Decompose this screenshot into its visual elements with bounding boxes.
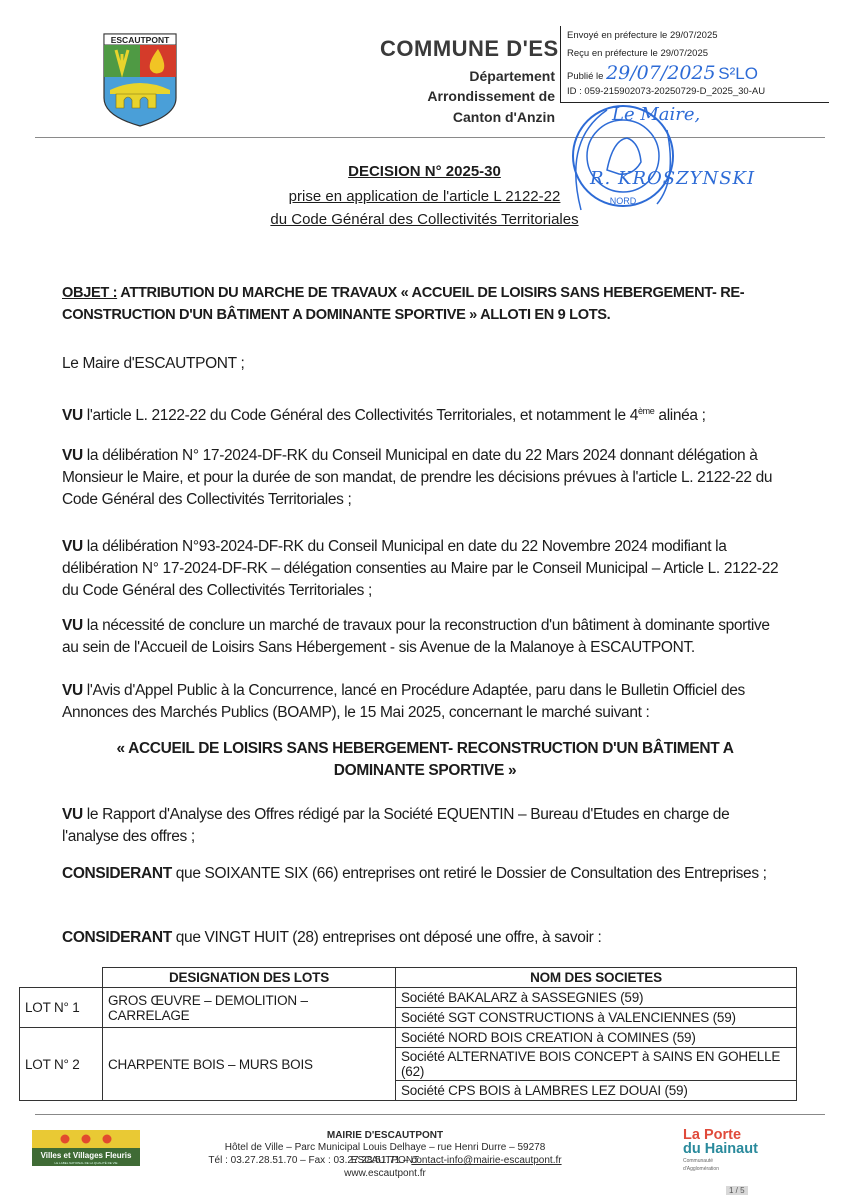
stamp-id: ID : 059-215902073-20250729-D_2025_30-AU (567, 86, 765, 97)
stamp-publie-label: Publié le (567, 71, 603, 82)
header-blank (20, 968, 103, 988)
footer-mairie-name: MAIRIE D'ESCAUTPONT (190, 1130, 580, 1143)
villes-villages-fleuris-logo: Villes et Villages Fleuris LE LABEL NATI… (32, 1130, 140, 1166)
arrondissement-label: Arrondissement de (427, 88, 555, 104)
table-row: LOT N° 2 CHARPENTE BOIS – MURS BOIS Soci… (20, 1028, 797, 1048)
objet-text: ATTRIBUTION DU MARCHE DE TRAVAUX « ACCUE… (62, 285, 744, 323)
la-porte-du-hainaut-logo: La Porte du Hainaut Communauté d'Agglomé… (683, 1128, 758, 1172)
vu-article-paragraph: VU l'article L. 2122-22 du Code Général … (62, 400, 784, 427)
objet-paragraph: OBJET : ATTRIBUTION DU MARCHE DE TRAVAUX… (62, 282, 784, 326)
svg-text:Villes et Villages Fleuris: Villes et Villages Fleuris (41, 1151, 132, 1160)
stamp-envoye: Envoyé en préfecture le 29/07/2025 (567, 30, 718, 41)
objet-label: OBJET : (62, 285, 117, 301)
maire-line: Le Maire d'ESCAUTPONT ; (62, 353, 784, 375)
commune-title: COMMUNE D'ES (380, 36, 559, 62)
societe-cell: Société NORD BOIS CREATION à COMINES (59… (396, 1028, 797, 1048)
stamp-publie: Publié le 29/07/2025 S²LO (567, 62, 758, 84)
decision-subtitle-2: du Code Général des Collectivités Territ… (0, 211, 849, 228)
societe-cell: Société ALTERNATIVE BOIS CONCEPT à SAINS… (396, 1048, 797, 1081)
canton-label: Canton d'Anzin (453, 109, 555, 125)
header-divider (35, 137, 825, 138)
s2lo-mark: S²LO (718, 64, 758, 83)
footer-email-link[interactable]: contact-info@mairie-escautpont.fr (411, 1155, 561, 1166)
signature-le-maire: Le Maire, (612, 104, 700, 125)
svg-text:ESCAUTPONT: ESCAUTPONT (111, 35, 170, 45)
lot-number: LOT N° 1 (20, 988, 103, 1028)
svg-text:LE LABEL NATIONAL DE LA QUALIT: LE LABEL NATIONAL DE LA QUALITÉ DE VIE (55, 1160, 118, 1165)
decision-subtitle-1: prise en application de l'article L 2122… (0, 188, 849, 205)
lot-designation: CHARPENTE BOIS – MURS BOIS (103, 1028, 396, 1101)
table-header-row: DESIGNATION DES LOTS NOM DES SOCIETES (20, 968, 797, 988)
header-societes: NOM DES SOCIETES (396, 968, 797, 988)
lot-designation: GROS ŒUVRE – DEMOLITION – CARRELAGE (103, 988, 396, 1028)
table-row: LOT N° 1 GROS ŒUVRE – DEMOLITION – CARRE… (20, 988, 797, 1008)
considerant-retrait-paragraph: CONSIDERANT que SOIXANTE SIX (66) entrep… (62, 863, 784, 885)
vu-deliberation-17-paragraph: VU la délibération N° 17-2024-DF-RK du C… (62, 445, 784, 511)
stamp-recu: Reçu en préfecture le 29/07/2025 (567, 48, 708, 59)
societe-cell: Société SGT CONSTRUCTIONS à VALENCIENNES… (396, 1008, 797, 1028)
societe-cell: Société CPS BOIS à LAMBRES LEZ DOUAI (59… (396, 1081, 797, 1101)
departement-label: Département (469, 68, 555, 84)
vu-avis-paragraph: VU l'Avis d'Appel Public à la Concurrenc… (62, 680, 784, 724)
header-designation: DESIGNATION DES LOTS (103, 968, 396, 988)
marche-title: « ACCUEIL DE LOISIRS SANS HEBERGEMENT- R… (90, 738, 760, 782)
lots-table: DESIGNATION DES LOTS NOM DES SOCIETES LO… (19, 967, 797, 1101)
page-number: 1 / 5 (726, 1186, 748, 1195)
footer-divider (35, 1114, 825, 1115)
decision-title: DECISION N° 2025-30 (0, 163, 849, 180)
considerant-offres-paragraph: CONSIDERANT que VINGT HUIT (28) entrepri… (62, 927, 784, 949)
vu-necessite-paragraph: VU la nécessité de conclure un marché de… (62, 615, 784, 659)
footer-contact: Tél : 03.27.28.51.70 – Fax : 03.27.28.51… (190, 1155, 580, 1168)
stamp-publie-date: 29/07/2025 (606, 62, 716, 84)
footer-website[interactable]: www.escautpont.fr (190, 1168, 580, 1181)
prefecture-stamp: Envoyé en préfecture le 29/07/2025 Reçu … (560, 26, 829, 103)
lot-number: LOT N° 2 (20, 1028, 103, 1101)
societe-cell: Société BAKALARZ à SASSEGNIES (59) (396, 988, 797, 1008)
footer-tel-fax: Tél : 03.27.28.51.70 – Fax : 03.27.28.51… (208, 1155, 411, 1166)
vu-rapport-paragraph: VU le Rapport d'Analyse des Offres rédig… (62, 804, 784, 848)
vu-deliberation-93-paragraph: VU la délibération N°93-2024-DF-RK du Co… (62, 536, 784, 602)
escautpont-crest-logo: ESCAUTPONT (102, 32, 178, 128)
